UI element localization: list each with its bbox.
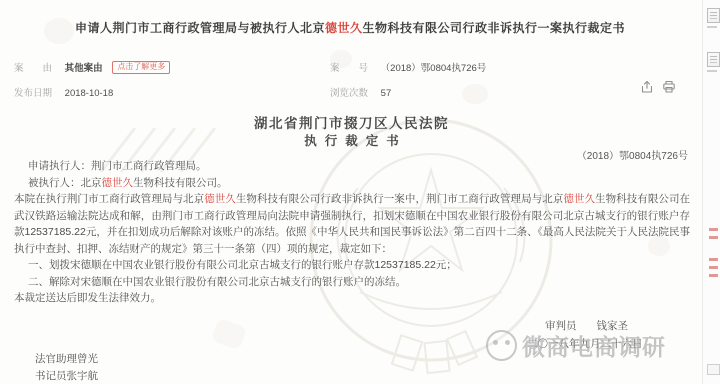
views-label: 浏览次数 xyxy=(330,88,368,99)
judge-signature: 审判员钱家圣 xyxy=(545,318,628,333)
text-segment: 本院在执行荆门市工商行政管理局与北京 xyxy=(14,193,204,205)
side-panel xyxy=(702,0,720,384)
side-red-text-fragment[interactable] xyxy=(709,228,718,231)
judgment-page: 申请人荆门市工商行政管理局与被执行人北京德世久生物科技有限公司行政非诉执行一案执… xyxy=(0,0,720,384)
highlighted-company-name: 德世久 xyxy=(563,193,595,205)
case-number-value: （2018）鄂0804执726号 xyxy=(381,63,487,74)
text-segment: 生物科技有限公司行政非诉执行一案中，荆门市工商行政管理局与北京 xyxy=(236,193,563,205)
cause-value: 其他案由 xyxy=(65,63,103,74)
views-value: 57 xyxy=(381,88,392,99)
doc-paragraph: 申请执行人：荆门市工商行政管理局。 xyxy=(14,158,690,175)
judge-role-label: 审判员 xyxy=(545,320,577,332)
side-red-text-fragment[interactable] xyxy=(709,236,718,239)
highlighted-company-name: 德世久 xyxy=(204,193,236,205)
clerk-line: 书记员张宇航 xyxy=(35,368,98,383)
publish-date-label: 发布日期 xyxy=(14,88,52,99)
ruling-date: 二〇一八年九月二十六日 xyxy=(527,336,643,351)
text-segment: 一、划拨宋德顺在中国农业银行股份有限公司北京古城支行的银行账户存款1253718… xyxy=(28,259,457,271)
cause-field: 案 由 其他案由 点击了解更多 xyxy=(14,60,170,74)
side-doc-icon[interactable] xyxy=(707,52,720,67)
highlighted-company-name: 德世久 xyxy=(102,177,134,189)
text-segment: 生物科技有限公司。 xyxy=(133,177,228,189)
doc-body: 申请执行人：荆门市工商行政管理局。被执行人：北京德世久生物科技有限公司。本院在执… xyxy=(14,158,690,307)
doc-paragraph: 被执行人：北京德世久生物科技有限公司。 xyxy=(14,175,690,192)
assistant-judge-line: 法官助理曾光 xyxy=(35,351,98,366)
highlighted-company-name: 德世久 xyxy=(325,21,363,35)
court-name: 湖北省荆门市掇刀区人民法院 xyxy=(0,112,703,132)
side-doc-icon[interactable] xyxy=(707,8,720,23)
learn-more-badge[interactable]: 点击了解更多 xyxy=(112,61,170,74)
side-gray-icon[interactable] xyxy=(707,364,720,375)
doc-paragraph: 本裁定送达后即发生法律效力。 xyxy=(14,290,690,307)
side-red-text-fragment[interactable] xyxy=(709,274,718,277)
meta-row-1: 案 由 其他案由 点击了解更多 案 号 （2018）鄂0804执726号 xyxy=(0,60,703,74)
publish-date-value: 2018-10-18 xyxy=(65,88,114,99)
text-segment: 二、解除对宋德顺在中国农业银行股份有限公司北京古城支行的银行账户的冻结。 xyxy=(28,276,406,288)
side-doc-caption xyxy=(707,26,717,28)
print-icon[interactable] xyxy=(662,80,676,94)
page-title: 申请人荆门市工商行政管理局与被执行人北京德世久生物科技有限公司行政非诉执行一案执… xyxy=(50,19,650,36)
text-segment: 生物科技有限公司行政非诉执行一案执行裁定书 xyxy=(363,21,626,35)
share-icon[interactable] xyxy=(640,80,654,94)
meta-row-2: 发布日期 2018-10-18 浏览次数 57 xyxy=(0,85,703,99)
side-red-text-fragment[interactable] xyxy=(709,266,718,269)
case-number-field: 案 号 （2018）鄂0804执726号 xyxy=(330,60,486,74)
doc-paragraph: 一、划拨宋德顺在中国农业银行股份有限公司北京古城支行的银行账户存款1253718… xyxy=(14,257,690,274)
side-doc-caption xyxy=(707,70,717,72)
text-segment: 被执行人：北京 xyxy=(28,177,102,189)
views-field: 浏览次数 57 xyxy=(330,85,391,99)
side-red-text-fragment[interactable] xyxy=(709,258,718,261)
publish-date-field: 发布日期 2018-10-18 xyxy=(14,85,113,99)
doc-paragraph: 二、解除对宋德顺在中国农业银行股份有限公司北京古城支行的银行账户的冻结。 xyxy=(14,274,690,291)
doc-paragraph: 本院在执行荆门市工商行政管理局与北京德世久生物科技有限公司行政非诉执行一案中，荆… xyxy=(14,191,690,257)
header-actions xyxy=(640,80,676,94)
watermark-blob xyxy=(211,318,247,351)
brand-watermark-logo-icon xyxy=(486,330,517,361)
text-segment: 申请人荆门市工商行政管理局与被执行人北京 xyxy=(75,21,325,35)
text-segment: 本裁定送达后即发生法律效力。 xyxy=(14,292,161,304)
cause-label: 案 由 xyxy=(14,63,52,74)
case-number-label: 案 号 xyxy=(330,63,368,74)
text-segment: 申请执行人：荆门市工商行政管理局。 xyxy=(28,160,207,172)
judge-name: 钱家圣 xyxy=(597,320,629,332)
